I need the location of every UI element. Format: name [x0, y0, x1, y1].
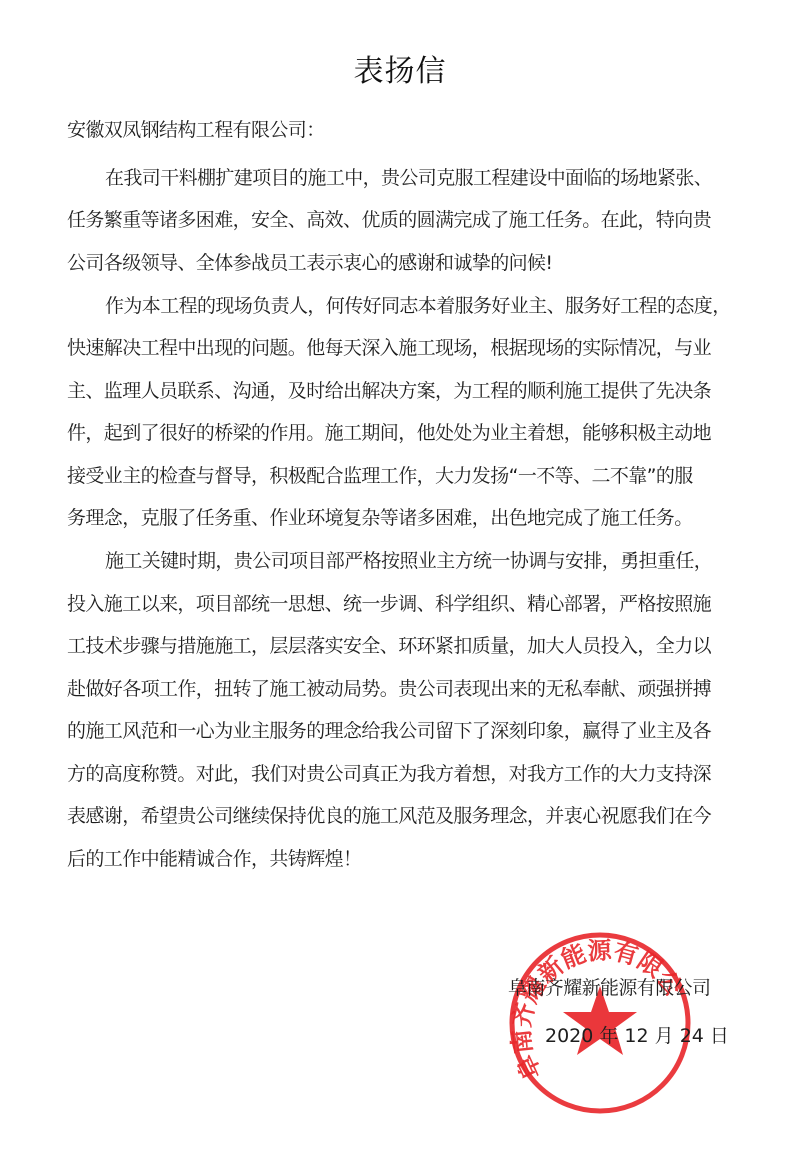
page-title: 表扬信 — [0, 46, 800, 90]
paragraph-3-line-4: 赴做好各项工作，扭转了施工被动局势。贵公司表现出来的无私奉献、顽强拼搏 — [67, 677, 757, 701]
salutation: 安徽双凤钢结构工程有限公司： — [67, 118, 757, 142]
paragraph-2-line-5: 接受业主的检查与督导，积极配合监理工作，大力发扬“一不等、二不靠”的服 — [67, 464, 757, 488]
paragraph-3-line-6: 方的高度称赞。对此，我们对贵公司真正为我方着想，对我方工作的大力支持深 — [67, 762, 757, 786]
paragraph-1-line-1: 在我司干料棚扩建项目的施工中，贵公司克服工程建设中面临的场地紧张、 — [105, 166, 795, 190]
paragraph-3-line-5: 的施工风范和一心为业主服务的理念给我公司留下了深刻印象，赢得了业主及各 — [67, 719, 757, 743]
paragraph-1-line-3: 公司各级领导、全体参战员工表示衷心的感谢和诚挚的问候! — [67, 251, 757, 275]
paragraph-3-line-1: 施工关键时期，贵公司项目部严格按照业主方统一协调与安排，勇担重任， — [105, 549, 795, 573]
paragraph-2-line-2: 快速解决工程中出现的问题。他每天深入施工现场，根据现场的实际情况，与业 — [67, 336, 757, 360]
paragraph-3-line-8: 后的工作中能精诚合作，共铸辉煌！ — [67, 847, 757, 871]
paragraph-2-line-6: 务理念，克服了任务重、作业环境复杂等诸多困难，出色地完成了施工任务。 — [67, 506, 757, 530]
paragraph-3-line-7: 表感谢，希望贵公司继续保持优良的施工风范及服务理念，并衷心祝愿我们在今 — [67, 804, 757, 828]
paragraph-2-line-3: 主、监理人员联系、沟通，及时给出解决方案，为工程的顺利施工提供了先决条 — [67, 379, 757, 403]
paragraph-3-line-3: 工技术步骤与措施施工，层层落实安全、环环紧扣质量，加大人员投入，全力以 — [67, 634, 757, 658]
signature-company: 阜南齐耀新能源有限公司 — [508, 973, 710, 1000]
paragraph-2-line-1: 作为本工程的现场负责人，何传好同志本着服务好业主、服务好工程的态度， — [105, 294, 795, 318]
signature-date: 2020 年 12 月 24 日 — [545, 1021, 729, 1048]
paragraph-3-line-2: 投入施工以来，项目部统一思想、统一步调、科学组织、精心部署，严格按照施 — [67, 592, 757, 616]
paragraph-1-line-2: 任务繁重等诸多困难，安全、高效、优质的圆满完成了施工任务。在此，特向贵 — [67, 208, 757, 232]
paragraph-2-line-4: 件，起到了很好的桥梁的作用。施工期间，他处处为业主着想，能够积极主动地 — [67, 421, 757, 445]
